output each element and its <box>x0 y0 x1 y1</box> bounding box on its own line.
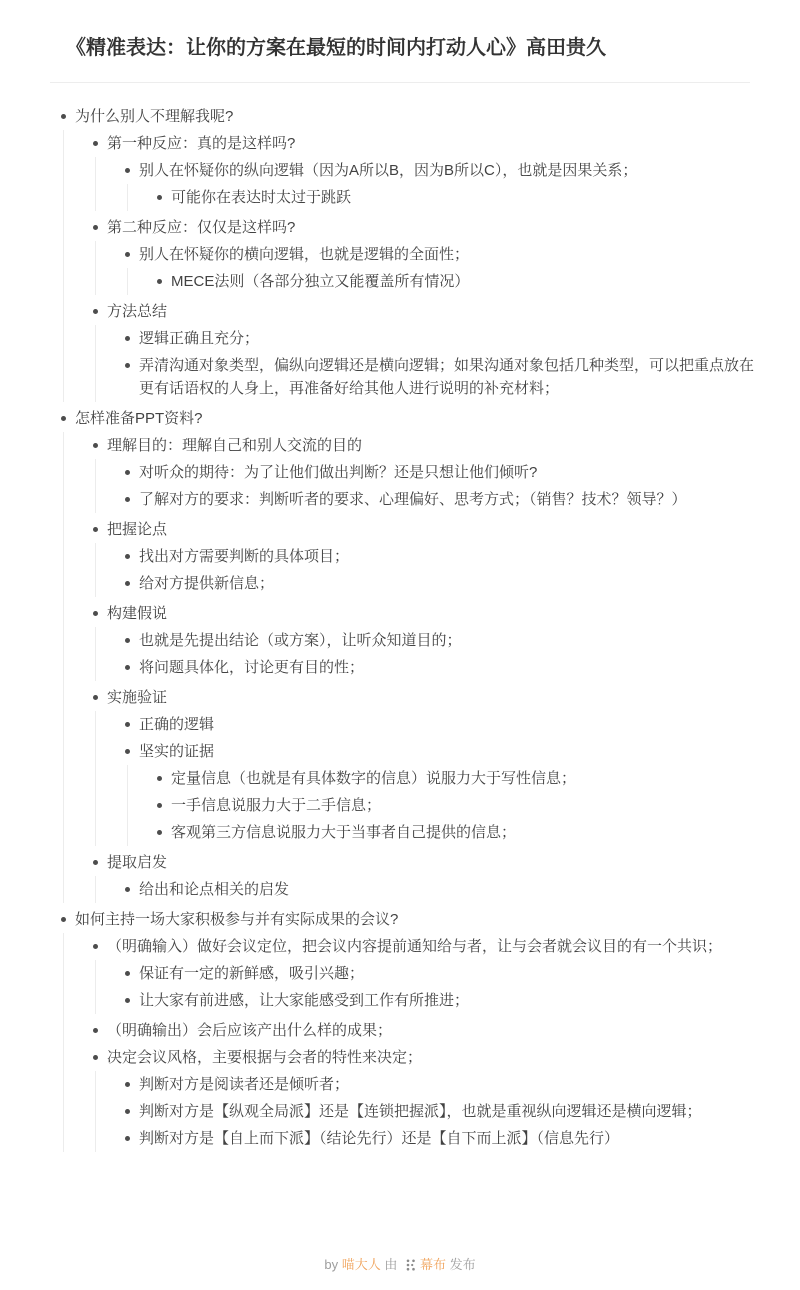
outline-node: 理解目的：理解自己和别人交流的目的对听众的期待：为了让他们做出判断？还是只想让他… <box>89 432 768 513</box>
bullet-icon[interactable] <box>121 740 139 763</box>
outline-item[interactable]: 实施验证 <box>89 684 768 711</box>
outline-item-text: 正确的逻辑 <box>139 713 214 736</box>
outline-node: 逻辑正确且充分； <box>121 325 768 352</box>
outline-item-text: 判断对方是【自上而下派】（结论先行）还是【自下而上派】（信息先行） <box>139 1127 619 1150</box>
outline-item[interactable]: 将问题具体化，讨论更有目的性； <box>121 654 768 681</box>
bullet-icon[interactable] <box>121 159 139 182</box>
outline-item-text: 把握论点 <box>107 518 167 541</box>
bullet-icon[interactable] <box>153 794 171 817</box>
bullet-icon[interactable] <box>121 545 139 568</box>
bullet-icon[interactable] <box>89 935 107 958</box>
bullet-icon[interactable] <box>121 656 139 679</box>
outline-item[interactable]: 决定会议风格，主要根据与会者的特性来决定； <box>89 1044 768 1071</box>
bullet-icon[interactable] <box>89 518 107 541</box>
outline-item-text: 给对方提供新信息； <box>139 572 274 595</box>
bullet-icon[interactable] <box>121 354 139 400</box>
outline-children: 正确的逻辑坚实的证据定量信息（也就是有具体数字的信息）说服力大于写性信息；一手信… <box>95 711 768 846</box>
outline-node: 给出和论点相关的启发 <box>121 876 768 903</box>
outline-item[interactable]: 别人在怀疑你的纵向逻辑（因为A所以B，因为B所以C），也就是因果关系； <box>121 157 768 184</box>
outline-node: 客观第三方信息说服力大于当事者自己提供的信息； <box>153 819 768 846</box>
bullet-icon[interactable] <box>57 908 75 931</box>
bullet-icon[interactable] <box>153 270 171 293</box>
outline-children: 对听众的期待：为了让他们做出判断？还是只想让他们倾听?了解对方的要求：判断听者的… <box>95 459 768 513</box>
outline-node: 坚实的证据定量信息（也就是有具体数字的信息）说服力大于写性信息；一手信息说服力大… <box>121 738 768 846</box>
outline-item-text: 找出对方需要判断的具体项目； <box>139 545 349 568</box>
outline-node: 如何主持一场大家积极参与并有实际成果的会议?（明确输入）做好会议定位，把会议内容… <box>57 906 768 1152</box>
outline-item[interactable]: 理解目的：理解自己和别人交流的目的 <box>89 432 768 459</box>
outline-node: 把握论点找出对方需要判断的具体项目；给对方提供新信息； <box>89 516 768 597</box>
outline-item[interactable]: 给对方提供新信息； <box>121 570 768 597</box>
outline-item[interactable]: 也就是先提出结论（或方案），让听众知道目的； <box>121 627 768 654</box>
outline-item-text: 构建假说 <box>107 602 167 625</box>
outline-item-text: 让大家有前进感，让大家能感受到工作有所推进； <box>139 989 469 1012</box>
outline-item-text: 了解对方的要求：判断听者的要求、心理偏好、思考方式；（销售？技术？领导？） <box>139 488 687 511</box>
outline-node: 别人在怀疑你的纵向逻辑（因为A所以B，因为B所以C），也就是因果关系；可能你在表… <box>121 157 768 211</box>
bullet-icon[interactable] <box>57 105 75 128</box>
outline-item-text: 实施验证 <box>107 686 167 709</box>
bullet-icon[interactable] <box>89 300 107 323</box>
outline-item[interactable]: 弄清沟通对象类型，偏纵向逻辑还是横向逻辑；如果沟通对象包括几种类型，可以把重点放… <box>121 352 768 402</box>
outline-item[interactable]: 逻辑正确且充分； <box>121 325 768 352</box>
outline-item[interactable]: 判断对方是【自上而下派】（结论先行）还是【自下而上派】（信息先行） <box>121 1125 768 1152</box>
bullet-icon[interactable] <box>121 572 139 595</box>
outline-item[interactable]: 客观第三方信息说服力大于当事者自己提供的信息； <box>153 819 768 846</box>
bullet-icon[interactable] <box>89 1019 107 1042</box>
outline-children: 逻辑正确且充分；弄清沟通对象类型，偏纵向逻辑还是横向逻辑；如果沟通对象包括几种类… <box>95 325 768 402</box>
outline-item[interactable]: 给出和论点相关的启发 <box>121 876 768 903</box>
outline-item-text: 提取启发 <box>107 851 167 874</box>
outline-item-text: 第一种反应：真的是这样吗? <box>107 132 295 155</box>
outline-item[interactable]: 判断对方是【纵观全局派】还是【连锁把握派】，也就是重视纵向逻辑还是横向逻辑； <box>121 1098 768 1125</box>
outline-item-text: MECE法则（各部分独立又能覆盖所有情况） <box>171 270 469 293</box>
page-title: 《精准表达：让你的方案在最短的时间内打动人心》高田贵久 <box>66 34 768 62</box>
outline-item[interactable]: 提取启发 <box>89 849 768 876</box>
outline-node: 正确的逻辑 <box>121 711 768 738</box>
bullet-icon[interactable] <box>153 767 171 790</box>
outline-node: 也就是先提出结论（或方案），让听众知道目的； <box>121 627 768 654</box>
outline-item-text: 第二种反应：仅仅是这样吗? <box>107 216 295 239</box>
outline-node: 保证有一定的新鲜感，吸引兴趣； <box>121 960 768 987</box>
mubu-logo-icon[interactable] <box>406 1259 417 1274</box>
outline-node: 了解对方的要求：判断听者的要求、心理偏好、思考方式；（销售？技术？领导？） <box>121 486 768 513</box>
footer-via-label: 由 <box>384 1257 397 1272</box>
outline-node: 怎样准备PPT资料?理解目的：理解自己和别人交流的目的对听众的期待：为了让他们做… <box>57 405 768 903</box>
outline-item[interactable]: 方法总结 <box>89 298 768 325</box>
outline-children: 可能你在表达时太过于跳跃 <box>127 184 768 211</box>
outline-item[interactable]: 为什么别人不理解我呢? <box>57 103 768 130</box>
outline-node: 构建假说也就是先提出结论（或方案），让听众知道目的；将问题具体化，讨论更有目的性… <box>89 600 768 681</box>
outline-item-text: 理解目的：理解自己和别人交流的目的 <box>107 434 362 457</box>
outline-children: 也就是先提出结论（或方案），让听众知道目的；将问题具体化，讨论更有目的性； <box>95 627 768 681</box>
outline-node: 找出对方需要判断的具体项目； <box>121 543 768 570</box>
bullet-icon[interactable] <box>121 989 139 1012</box>
bullet-icon[interactable] <box>57 407 75 430</box>
bullet-icon[interactable] <box>121 327 139 350</box>
outline-item[interactable]: 找出对方需要判断的具体项目； <box>121 543 768 570</box>
outline-node: 一手信息说服力大于二手信息； <box>153 792 768 819</box>
outline-item-text: 保证有一定的新鲜感，吸引兴趣； <box>139 962 364 985</box>
author-link[interactable]: 喵大人 <box>342 1257 381 1272</box>
outline-node: （明确输出）会后应该产出什么样的成果； <box>89 1017 768 1044</box>
bullet-icon[interactable] <box>121 1100 139 1123</box>
bullet-icon[interactable] <box>121 878 139 901</box>
outline-node: 判断对方是【纵观全局派】还是【连锁把握派】，也就是重视纵向逻辑还是横向逻辑； <box>121 1098 768 1125</box>
bullet-icon[interactable] <box>121 713 139 736</box>
bullet-icon[interactable] <box>121 488 139 511</box>
bullet-icon[interactable] <box>89 686 107 709</box>
outline-item[interactable]: 如何主持一场大家积极参与并有实际成果的会议? <box>57 906 768 933</box>
bullet-icon[interactable] <box>121 243 139 266</box>
bullet-icon[interactable] <box>121 1073 139 1096</box>
published-document-page: 《精准表达：让你的方案在最短的时间内打动人心》高田贵久 为什么别人不理解我呢?第… <box>0 0 800 1290</box>
outline-children: 保证有一定的新鲜感，吸引兴趣；让大家有前进感，让大家能感受到工作有所推进； <box>95 960 768 1014</box>
outline-node: 给对方提供新信息； <box>121 570 768 597</box>
outline-node: 第一种反应：真的是这样吗?别人在怀疑你的纵向逻辑（因为A所以B，因为B所以C），… <box>89 130 768 211</box>
outline-node: 别人在怀疑你的横向逻辑，也就是逻辑的全面性；MECE法则（各部分独立又能覆盖所有… <box>121 241 768 295</box>
outline-item[interactable]: 保证有一定的新鲜感，吸引兴趣； <box>121 960 768 987</box>
outline-item[interactable]: 第二种反应：仅仅是这样吗? <box>89 214 768 241</box>
outline-item-text: （明确输入）做好会议定位，把会议内容提前通知给与者，让与会者就会议目的有一个共识… <box>107 935 722 958</box>
footer-by-label: by <box>324 1257 338 1272</box>
outline-item-text: 也就是先提出结论（或方案），让听众知道目的； <box>139 629 462 652</box>
outline-node: 第二种反应：仅仅是这样吗?别人在怀疑你的横向逻辑，也就是逻辑的全面性；MECE法… <box>89 214 768 295</box>
outline-item[interactable]: 让大家有前进感，让大家能感受到工作有所推进； <box>121 987 768 1014</box>
document-body: 《精准表达：让你的方案在最短的时间内打动人心》高田贵久 为什么别人不理解我呢?第… <box>0 0 800 1155</box>
outline-item-text: 如何主持一场大家积极参与并有实际成果的会议? <box>75 908 398 931</box>
outline-children: 定量信息（也就是有具体数字的信息）说服力大于写性信息；一手信息说服力大于二手信息… <box>127 765 768 846</box>
outline-item[interactable]: （明确输入）做好会议定位，把会议内容提前通知给与者，让与会者就会议目的有一个共识… <box>89 933 768 960</box>
outline-item[interactable]: 第一种反应：真的是这样吗? <box>89 130 768 157</box>
publish-footer: by 喵大人 由 幕布 发布 <box>0 1230 800 1290</box>
bullet-icon[interactable] <box>153 821 171 844</box>
outline-item-text: （明确输出）会后应该产出什么样的成果； <box>107 1019 392 1042</box>
outline-node: 为什么别人不理解我呢?第一种反应：真的是这样吗?别人在怀疑你的纵向逻辑（因为A所… <box>57 103 768 402</box>
bullet-icon[interactable] <box>89 132 107 155</box>
outline-item[interactable]: MECE法则（各部分独立又能覆盖所有情况） <box>153 268 768 295</box>
bullet-icon[interactable] <box>121 962 139 985</box>
outline-item-text: 为什么别人不理解我呢? <box>75 105 233 128</box>
outline-item-text: 定量信息（也就是有具体数字的信息）说服力大于写性信息； <box>171 767 576 790</box>
bullet-icon[interactable] <box>121 629 139 652</box>
outline-children: 第一种反应：真的是这样吗?别人在怀疑你的纵向逻辑（因为A所以B，因为B所以C），… <box>63 130 768 402</box>
outline-item-text: 将问题具体化，讨论更有目的性； <box>139 656 364 679</box>
bullet-icon[interactable] <box>153 186 171 209</box>
outline-node: MECE法则（各部分独立又能覆盖所有情况） <box>153 268 768 295</box>
outline-root: 为什么别人不理解我呢?第一种反应：真的是这样吗?别人在怀疑你的纵向逻辑（因为A所… <box>50 83 768 1152</box>
outline-node: 实施验证正确的逻辑坚实的证据定量信息（也就是有具体数字的信息）说服力大于写性信息… <box>89 684 768 846</box>
outline-item[interactable]: 坚实的证据 <box>121 738 768 765</box>
outline-item[interactable]: 别人在怀疑你的横向逻辑，也就是逻辑的全面性； <box>121 241 768 268</box>
outline-item-text: 决定会议风格，主要根据与会者的特性来决定； <box>107 1046 422 1069</box>
outline-item-text: 弄清沟通对象类型，偏纵向逻辑还是横向逻辑；如果沟通对象包括几种类型，可以把重点放… <box>139 354 768 400</box>
outline-children: MECE法则（各部分独立又能覆盖所有情况） <box>127 268 768 295</box>
outline-item-text: 客观第三方信息说服力大于当事者自己提供的信息； <box>171 821 516 844</box>
bullet-icon[interactable] <box>89 216 107 239</box>
outline-node: 方法总结逻辑正确且充分；弄清沟通对象类型，偏纵向逻辑还是横向逻辑；如果沟通对象包… <box>89 298 768 402</box>
outline-children: 判断对方是阅读者还是倾听者；判断对方是【纵观全局派】还是【连锁把握派】，也就是重… <box>95 1071 768 1152</box>
outline-node: 判断对方是阅读者还是倾听者； <box>121 1071 768 1098</box>
outline-children: 给出和论点相关的启发 <box>95 876 768 903</box>
footer-publish-label: 发布 <box>450 1257 476 1272</box>
outline-node: （明确输入）做好会议定位，把会议内容提前通知给与者，让与会者就会议目的有一个共识… <box>89 933 768 1014</box>
outline-item[interactable]: 对听众的期待：为了让他们做出判断？还是只想让他们倾听? <box>121 459 768 486</box>
outline-children: （明确输入）做好会议定位，把会议内容提前通知给与者，让与会者就会议目的有一个共识… <box>63 933 768 1152</box>
outline-item[interactable]: 构建假说 <box>89 600 768 627</box>
outline-item-text: 别人在怀疑你的横向逻辑，也就是逻辑的全面性； <box>139 243 469 266</box>
outline-item-text: 给出和论点相关的启发 <box>139 878 289 901</box>
outline-item-text: 对听众的期待：为了让他们做出判断？还是只想让他们倾听? <box>139 461 537 484</box>
outline-item-text: 坚实的证据 <box>139 740 214 763</box>
outline-item-text: 逻辑正确且充分； <box>139 327 259 350</box>
outline-children: 别人在怀疑你的横向逻辑，也就是逻辑的全面性；MECE法则（各部分独立又能覆盖所有… <box>95 241 768 295</box>
outline-item[interactable]: 正确的逻辑 <box>121 711 768 738</box>
outline-children: 理解目的：理解自己和别人交流的目的对听众的期待：为了让他们做出判断？还是只想让他… <box>63 432 768 903</box>
outline-node: 定量信息（也就是有具体数字的信息）说服力大于写性信息； <box>153 765 768 792</box>
outline-children: 找出对方需要判断的具体项目；给对方提供新信息； <box>95 543 768 597</box>
outline-item[interactable]: 怎样准备PPT资料? <box>57 405 768 432</box>
outline-node: 让大家有前进感，让大家能感受到工作有所推进； <box>121 987 768 1014</box>
outline-item-text: 别人在怀疑你的纵向逻辑（因为A所以B，因为B所以C），也就是因果关系； <box>139 159 637 182</box>
outline-item[interactable]: 定量信息（也就是有具体数字的信息）说服力大于写性信息； <box>153 765 768 792</box>
outline-item[interactable]: （明确输出）会后应该产出什么样的成果； <box>89 1017 768 1044</box>
outline-node: 可能你在表达时太过于跳跃 <box>153 184 768 211</box>
outline-item-text: 判断对方是【纵观全局派】还是【连锁把握派】，也就是重视纵向逻辑还是横向逻辑； <box>139 1100 702 1123</box>
outline-item-text: 方法总结 <box>107 300 167 323</box>
bullet-icon[interactable] <box>89 602 107 625</box>
outline-children: 别人在怀疑你的纵向逻辑（因为A所以B，因为B所以C），也就是因果关系；可能你在表… <box>95 157 768 211</box>
bullet-icon[interactable] <box>89 1046 107 1069</box>
outline-item[interactable]: 把握论点 <box>89 516 768 543</box>
outline-item-text: 判断对方是阅读者还是倾听者； <box>139 1073 349 1096</box>
bullet-icon[interactable] <box>121 1127 139 1150</box>
outline-node: 提取启发给出和论点相关的启发 <box>89 849 768 903</box>
outline-item-text: 怎样准备PPT资料? <box>75 407 203 430</box>
outline-node: 将问题具体化，讨论更有目的性； <box>121 654 768 681</box>
outline-item[interactable]: 了解对方的要求：判断听者的要求、心理偏好、思考方式；（销售？技术？领导？） <box>121 486 768 513</box>
outline-item[interactable]: 可能你在表达时太过于跳跃 <box>153 184 768 211</box>
bullet-icon[interactable] <box>121 461 139 484</box>
outline-node: 判断对方是【自上而下派】（结论先行）还是【自下而上派】（信息先行） <box>121 1125 768 1152</box>
outline-item[interactable]: 判断对方是阅读者还是倾听者； <box>121 1071 768 1098</box>
bullet-icon[interactable] <box>89 434 107 457</box>
brand-link[interactable]: 幕布 <box>420 1257 446 1272</box>
bullet-icon[interactable] <box>89 851 107 874</box>
outline-node: 弄清沟通对象类型，偏纵向逻辑还是横向逻辑；如果沟通对象包括几种类型，可以把重点放… <box>121 352 768 402</box>
outline-item[interactable]: 一手信息说服力大于二手信息； <box>153 792 768 819</box>
outline-node: 对听众的期待：为了让他们做出判断？还是只想让他们倾听? <box>121 459 768 486</box>
outline-node: 决定会议风格，主要根据与会者的特性来决定；判断对方是阅读者还是倾听者；判断对方是… <box>89 1044 768 1152</box>
outline-item-text: 一手信息说服力大于二手信息； <box>171 794 381 817</box>
outline-item-text: 可能你在表达时太过于跳跃 <box>171 186 351 209</box>
